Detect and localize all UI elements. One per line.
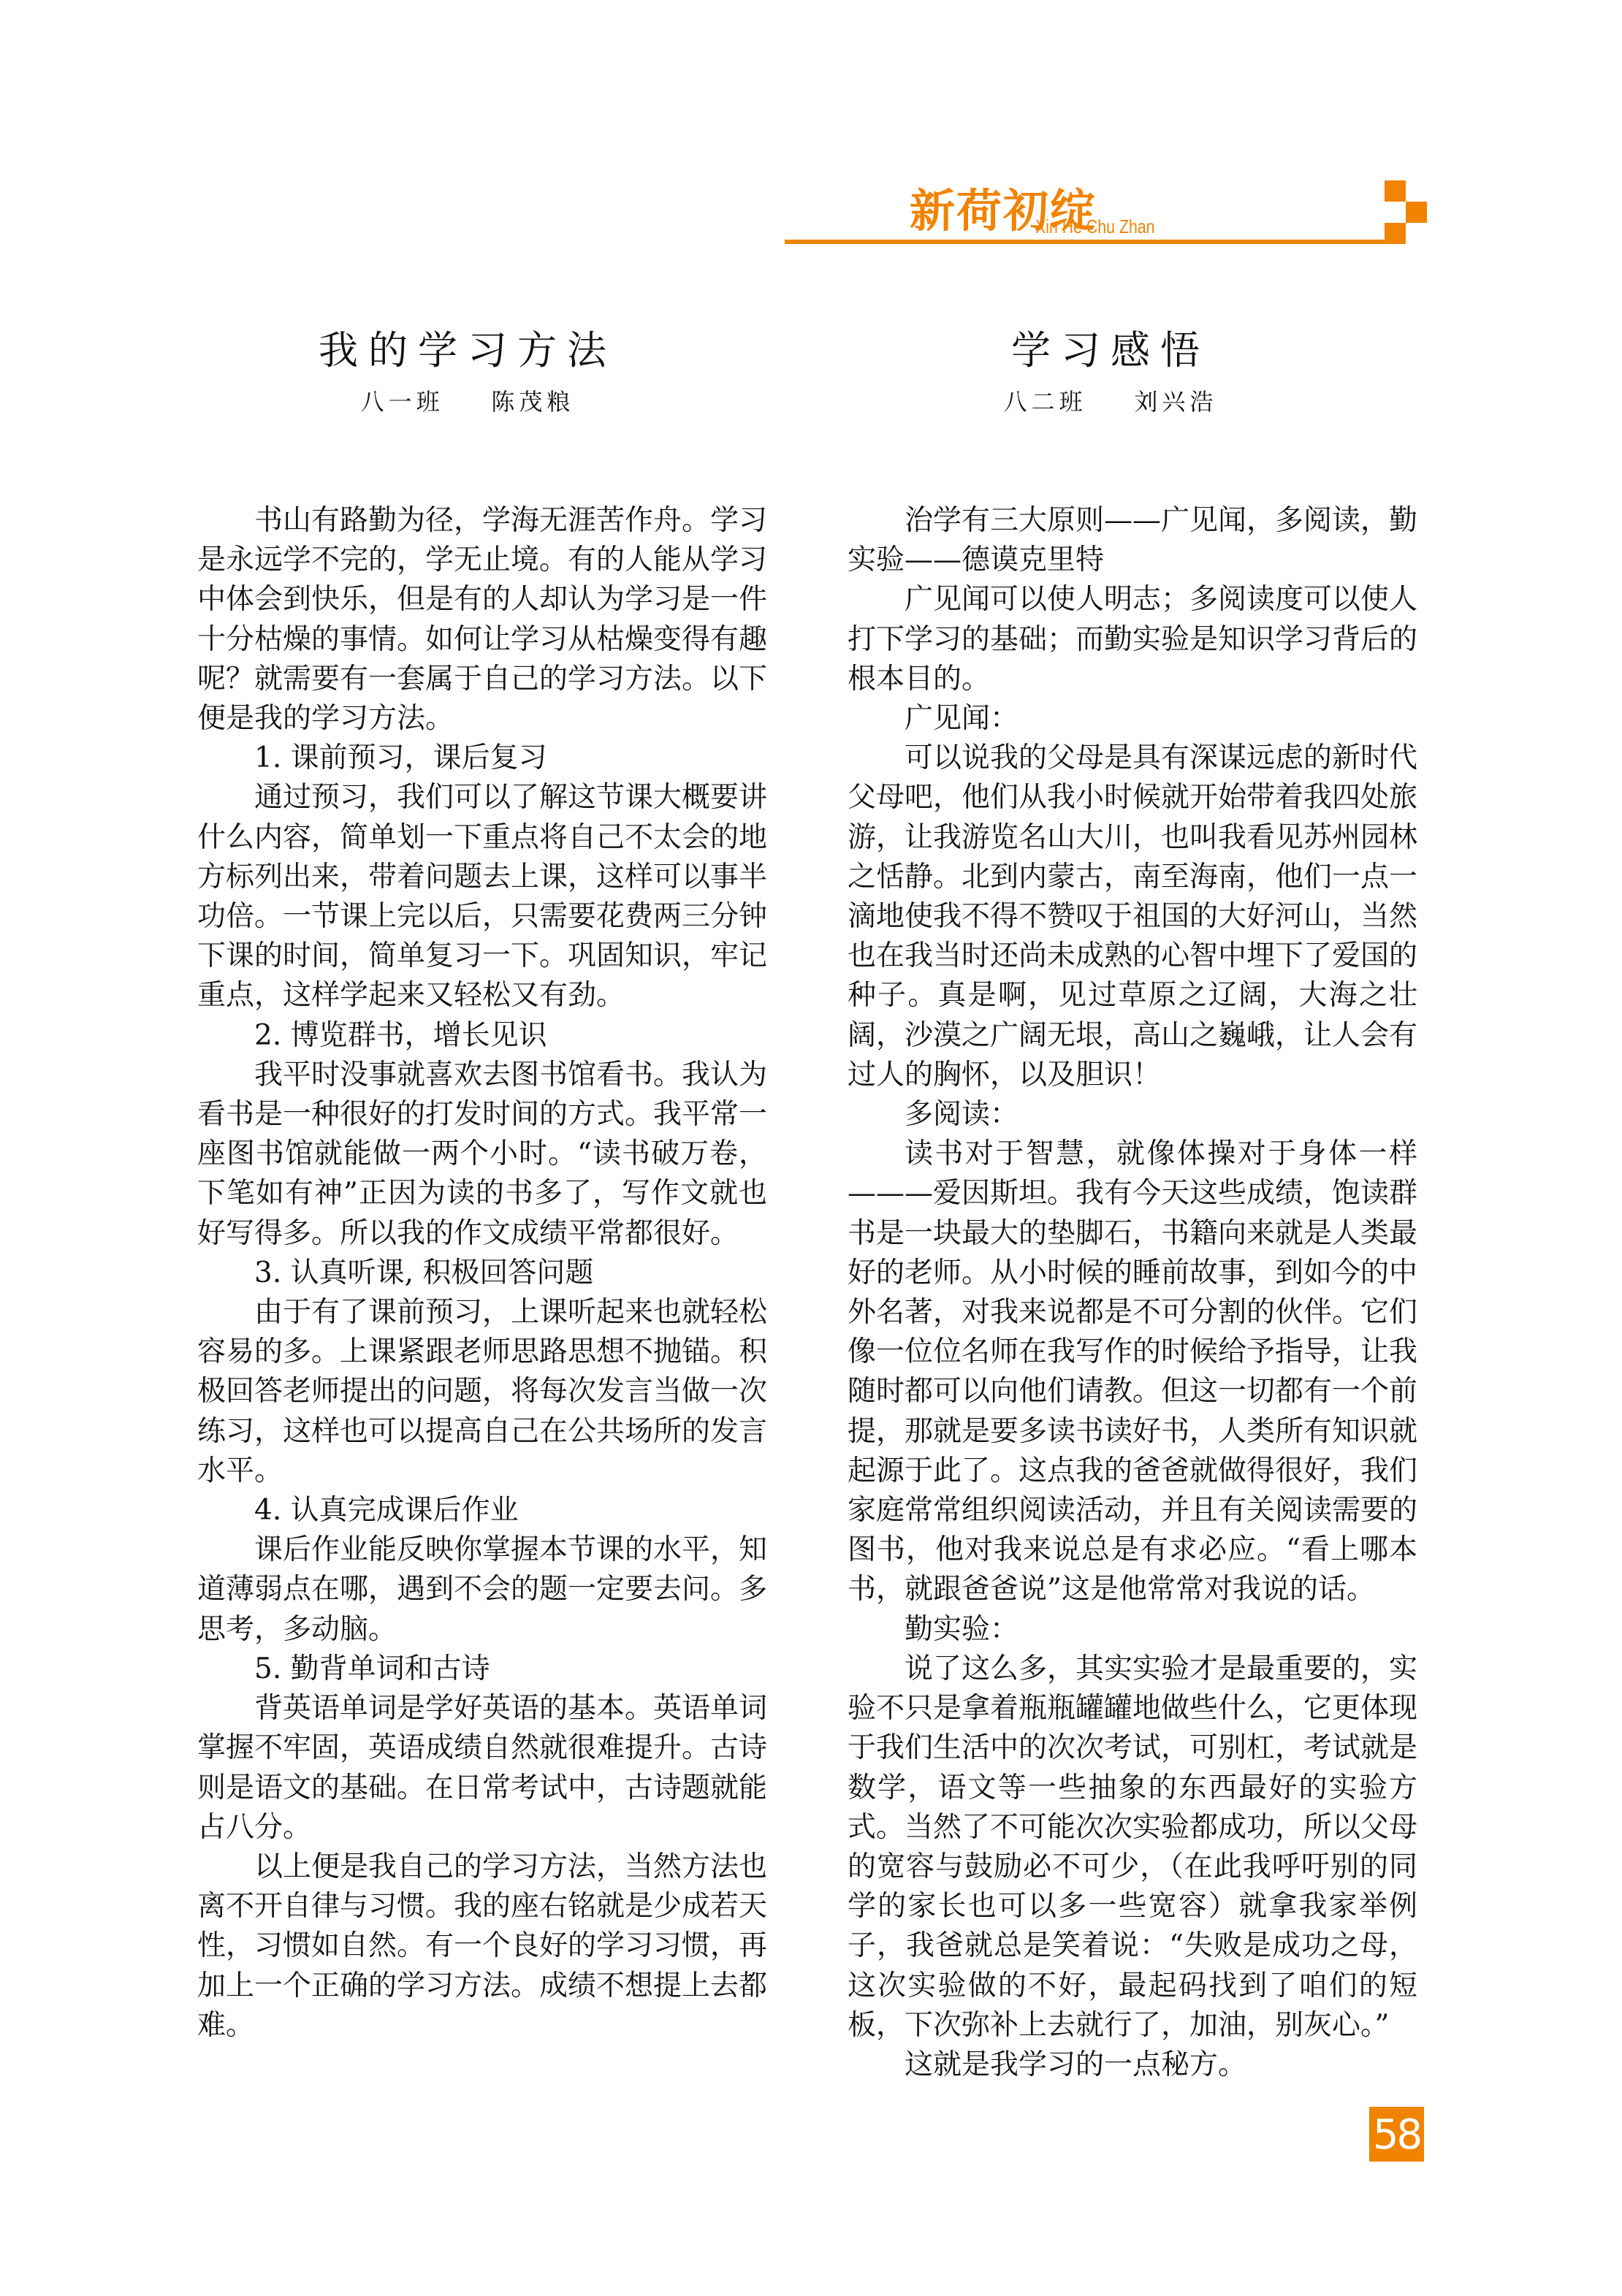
decorative-square-icon [1385,223,1406,244]
paragraph: 书山有路勤为径，学海无涯苦作舟。学习是永远学不完的，学无止境。有的人能从学习中体… [197,501,767,739]
section-heading: 4. 认真完成课后作业 [197,1491,767,1530]
article-study-reflections: 学习感悟 八二班 刘兴浩 治学有三大原则——广见闻，多阅读，勤实验——德谟克里特… [848,321,1417,418]
paragraph: 这就是我学习的一点秘方。 [848,2045,1417,2085]
section-heading: 多阅读： [848,1095,1417,1134]
article-byline: 八一班 陈茂粮 [168,386,767,418]
paragraph: 可以说我的父母是具有深谋远虑的新时代父母吧，他们从我小时候就开始带着我四处旅游，… [848,739,1417,1095]
page-number: 58 [1369,2107,1424,2162]
section-heading: 广见闻： [848,699,1417,739]
section-heading: 3. 认真听课, 积极回答问题 [197,1254,767,1293]
article-body: 书山有路勤为径，学海无涯苦作舟。学习是永远学不完的，学无止境。有的人能从学习中体… [197,501,767,2045]
paragraph: 由于有了课前预习，上课听起来也就轻松容易的多。上课紧跟老师思路思想不抛锚。积极回… [197,1293,767,1491]
section-heading: 1. 课前预习，课后复习 [197,739,767,778]
decorative-square-icon [1385,180,1406,202]
paragraph: 以上便是我自己的学习方法，当然方法也离不开自律与习惯。我的座右铭就是少成若天性，… [197,1847,767,2045]
paragraph: 治学有三大原则——广见闻，多阅读，勤实验——德谟克里特 [848,501,1417,580]
paragraph: 课后作业能反映你掌握本节课的水平，知道薄弱点在哪，遇到不会的题一定要去问。多思考… [197,1530,767,1649]
section-heading: 2. 博览群书，增长见识 [197,1016,767,1056]
article-title: 学习感悟 [804,321,1417,380]
paragraph: 读书对于智慧，就像体操对于身体一样———爱因斯坦。我有今天这些成绩，饱读群书是一… [848,1134,1417,1609]
article-my-study-method: 我的学习方法 八一班 陈茂粮 书山有路勤为径，学海无涯苦作舟。学习是永远学不完的… [197,321,767,418]
article-title: 我的学习方法 [168,321,767,380]
article-byline: 八二班 刘兴浩 [804,386,1417,418]
paragraph: 广见闻可以使人明志；多阅读度可以使人打下学习的基础；而勤实验是知识学习背后的根本… [848,580,1417,699]
paragraph: 我平时没事就喜欢去图书馆看书。我认为看书是一种很好的打发时间的方式。我平常一座图… [197,1056,767,1254]
paragraph: 背英语单词是学好英语的基本。英语单词掌握不牢固，英语成绩自然就很难提升。古诗则是… [197,1689,767,1847]
section-subtitle: Xin He Chu Zhan [1035,213,1155,240]
paragraph: 通过预习，我们可以了解这节课大概要讲什么内容，简单划一下重点将自己不太会的地方标… [197,778,767,1015]
article-body: 治学有三大原则——广见闻，多阅读，勤实验——德谟克里特 广见闻可以使人明志；多阅… [848,501,1417,2085]
paragraph: 说了这么多，其实实验才是最重要的，实验不只是拿着瓶瓶罐罐地做些什么，它更体现于我… [848,1649,1417,2045]
section-heading: 5. 勤背单词和古诗 [197,1649,767,1689]
section-heading: 勤实验： [848,1610,1417,1649]
decorative-square-icon [1406,202,1427,223]
